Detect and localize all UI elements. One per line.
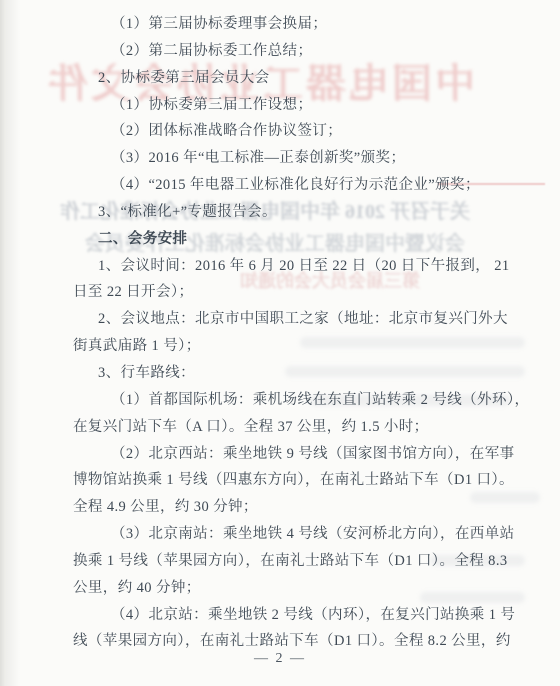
text-line: 2、协标委第三届会员大会 [73, 65, 512, 92]
text-line: 2、会议地点：北京市中国职工之家（地址：北京市复兴门外大 [73, 306, 512, 333]
text-line: 公里，约 40 分钟； [73, 575, 512, 602]
text-line: （1）首都国际机场：乘机场线在东直门站转乘 2 号线（外环）， [73, 387, 512, 414]
text-line: 街真武庙路 1 号）； [73, 333, 512, 360]
text-line: （2）团体标准战略合作协议签订； [73, 118, 512, 145]
text-line: 在复兴门站下车（A 口）。全程 37 公里，约 1.5 小时； [73, 414, 512, 441]
text-line: 1、会议时间：2016 年 6 月 20 日至 22 日（20 日下午报到， 2… [73, 253, 512, 280]
text-line: （4）北京站：乘坐地铁 2 号线（内环），在复兴门站换乘 1 号 [73, 602, 512, 629]
text-line: 全程 4.9 公里，约 30 分钟； [73, 494, 512, 521]
text-line: 3、行车路线： [73, 360, 512, 387]
text-line: （1）协标委第三届工作设想； [73, 92, 512, 119]
text-line: （3）2016 年“电工标准—正泰创新奖”颁奖； [73, 145, 512, 172]
document-page: （1）第三届协标委理事会换届； （2）第二届协标委工作总结； 2、协标委第三届会… [0, 0, 560, 655]
text-line: （3）北京南站：乘坐地铁 4 号线（安河桥北方向），在西单站 [73, 521, 512, 548]
text-line: （2）第二届协标委工作总结； [73, 38, 512, 65]
text-line: 3、“标准化+”专题报告会。 [73, 199, 512, 226]
page-number: — 2 — [0, 651, 560, 667]
scanned-document: { "colors": { "paper": "#fbfbf9", "ink":… [0, 0, 560, 686]
text-line: 博物馆站换乘 1 号线（四惠东方向），在南礼士路站下车（D1 口）。 [73, 467, 512, 494]
text-line: 换乘 1 号线（苹果园方向），在南礼士路站下车（D1 口）。全程 8.3 [73, 548, 512, 575]
text-line: （4）“2015 年电器工业标准化良好行为示范企业”颁奖； [73, 172, 512, 199]
text-line: （1）第三届协标委理事会换届； [73, 11, 512, 38]
section-heading: 二、会务安排 [73, 226, 512, 253]
text-line: 日至 22 日开会）； [73, 279, 512, 306]
text-line: （2）北京西站：乘坐地铁 9 号线（国家图书馆方向），在军事 [73, 441, 512, 468]
